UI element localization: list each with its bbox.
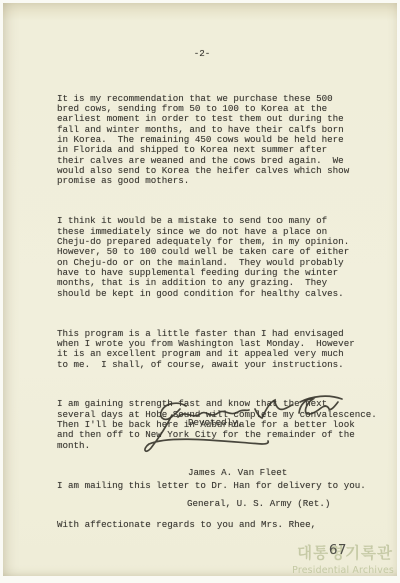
paragraph: I think it would be a mistake to send to… (57, 216, 377, 299)
scanned-letter: -2- It is my recommendation that we purc… (0, 0, 400, 583)
typed-title: General, U. S. Army (Ret.) (187, 499, 330, 509)
page-stamp-number: 67 (329, 542, 347, 558)
paragraph: This program is a little faster than I h… (57, 329, 377, 370)
signature-handwriting (142, 393, 347, 463)
paragraph: It is my recommendation that we purchase… (57, 94, 377, 187)
typed-name: James A. Van Fleet (188, 468, 330, 478)
archive-watermark-english: Presidential Archives (292, 565, 394, 576)
page-number: -2- (57, 49, 347, 59)
